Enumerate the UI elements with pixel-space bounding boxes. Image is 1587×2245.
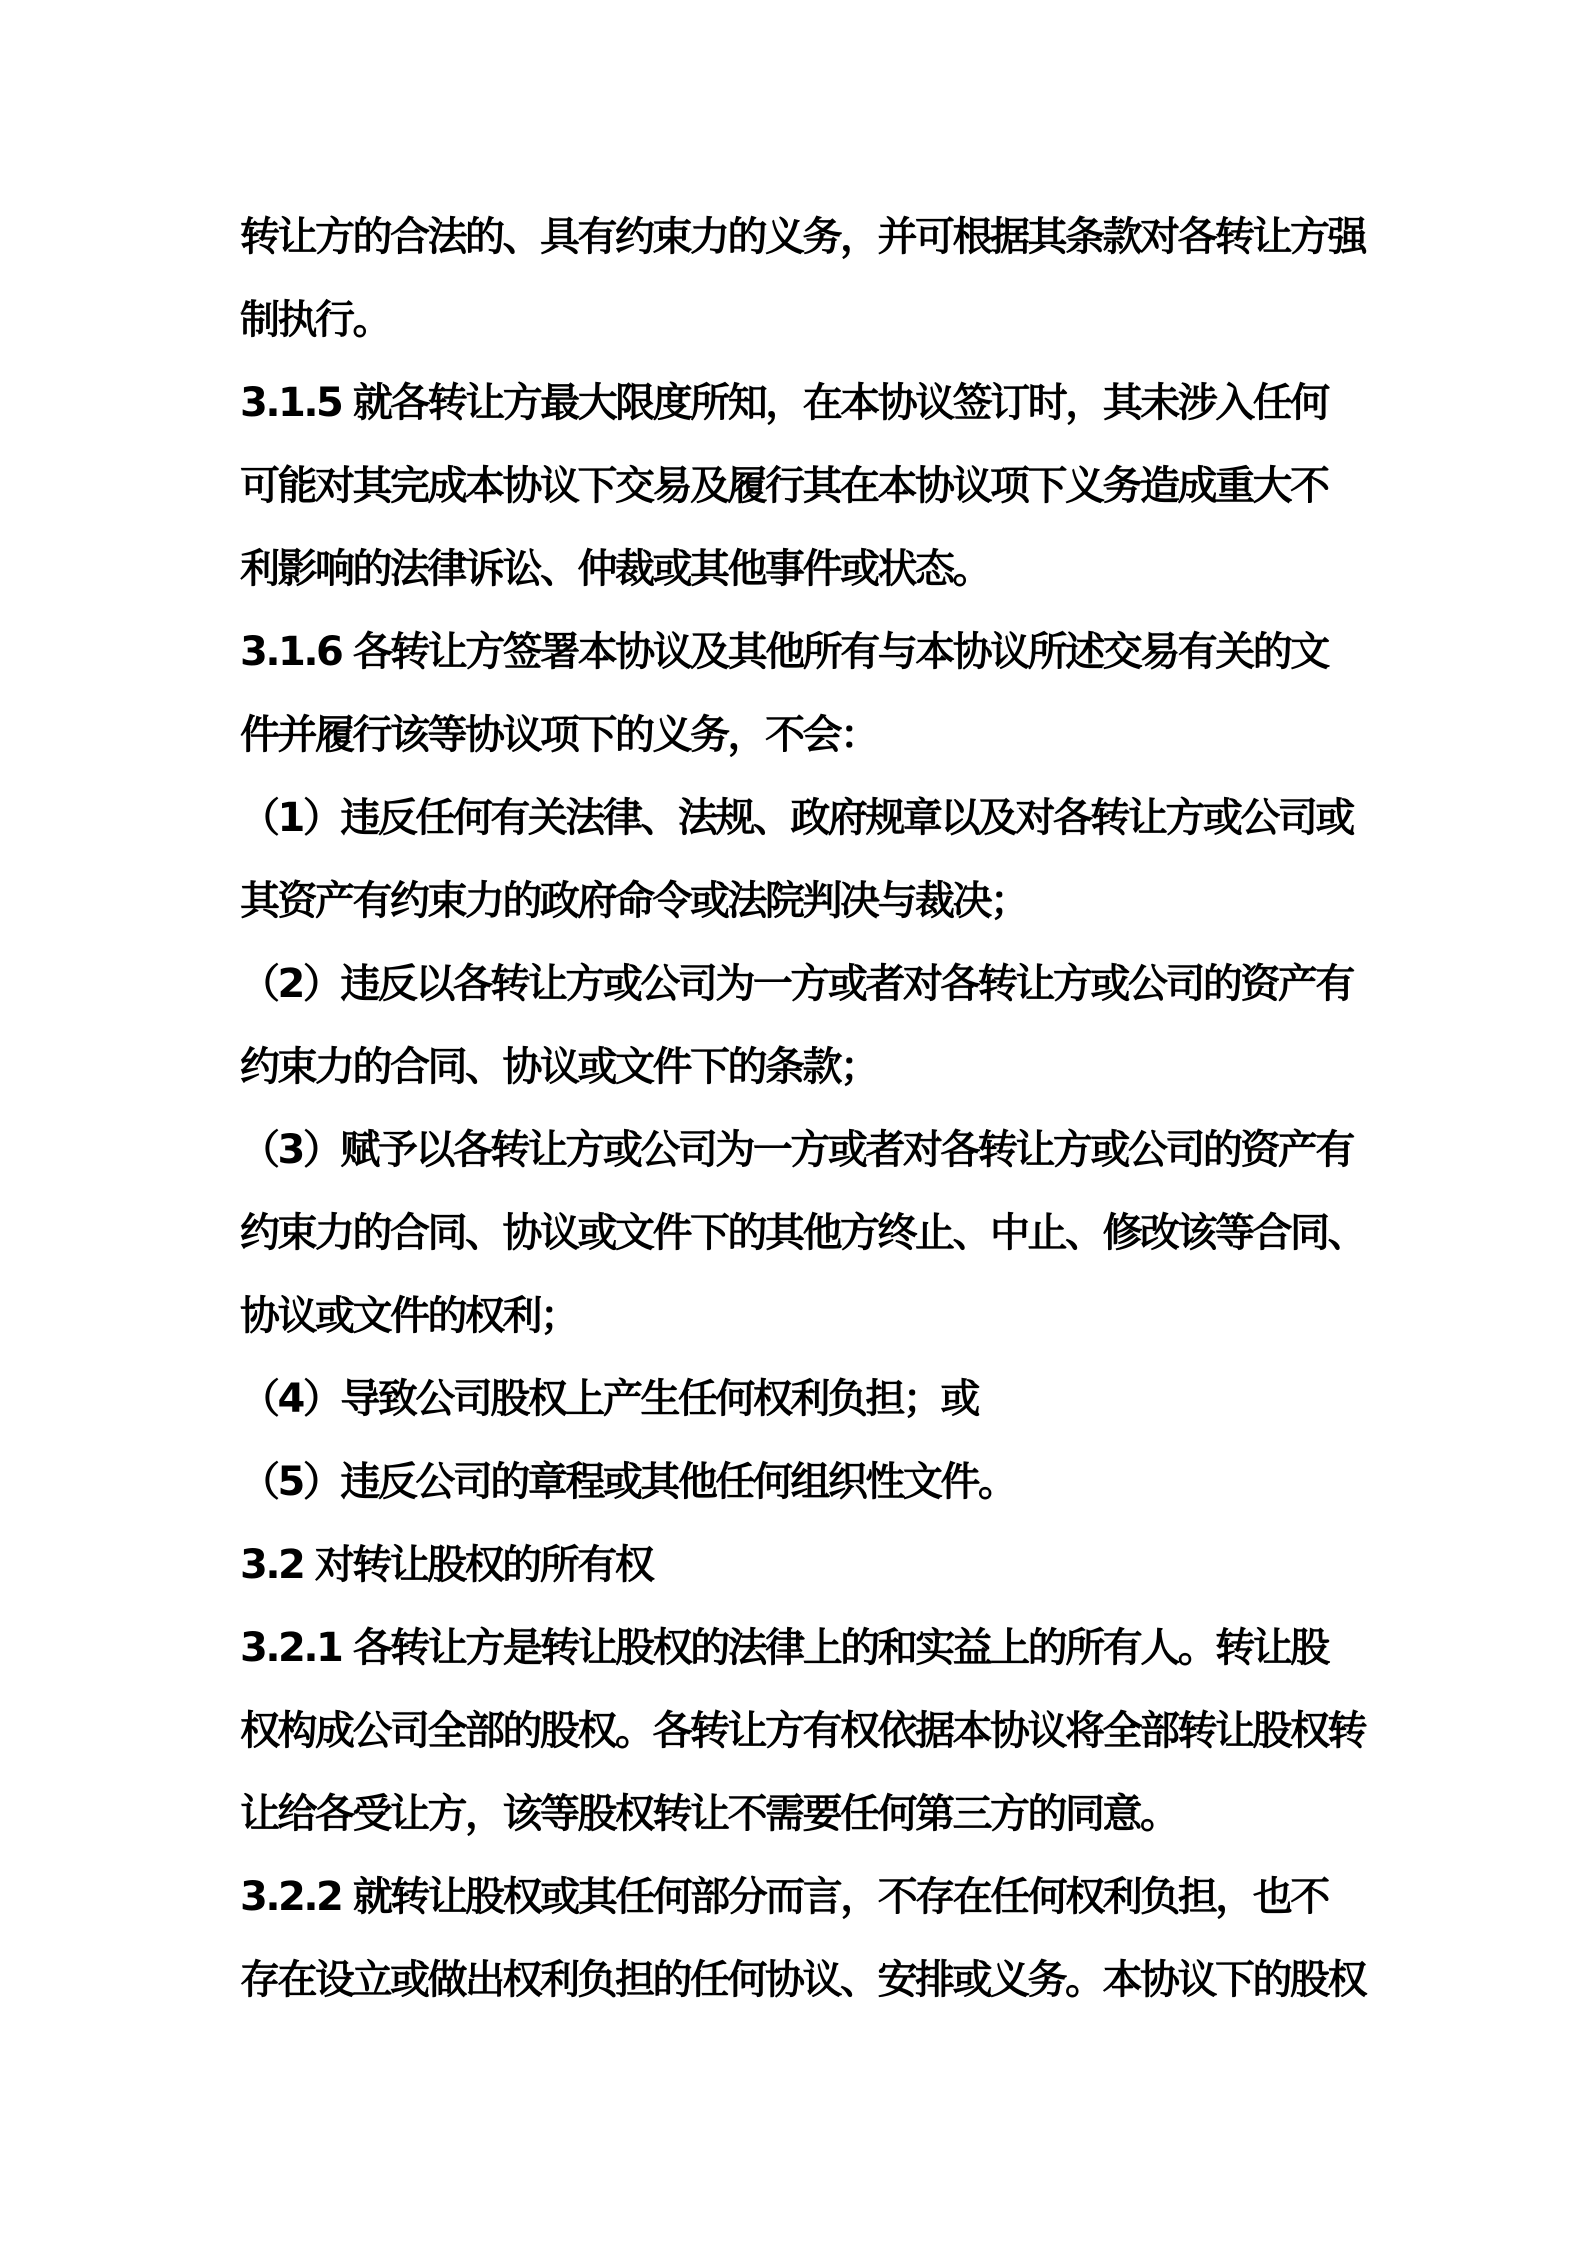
text-line: 件并履行该等协议项下的义务，不会：	[240, 694, 1380, 777]
text-line: 让给各受让方，该等股权转让不需要任何第三方的同意。	[240, 1773, 1380, 1856]
text-line: （5）违反公司的章程或其他任何组织性文件。	[240, 1441, 1380, 1524]
text-line: 3.2.2 就转让股权或其任何部分而言，不存在任何权利负担，也不	[240, 1856, 1380, 1939]
text-line: 存在设立或做出权利负担的任何协议、安排或义务。本协议下的股权	[240, 1939, 1380, 2022]
text-line: 可能对其完成本协议下交易及履行其在本协议项下义务造成重大不	[240, 445, 1380, 528]
text-line: 3.1.5 就各转让方最大限度所知，在本协议签订时，其未涉入任何	[240, 362, 1380, 445]
text-line: （4）导致公司股权上产生任何权利负担；或	[240, 1358, 1380, 1441]
document-text-block: 转让方的合法的、具有约束力的义务，并可根据其条款对各转让方强制执行。3.1.5 …	[240, 196, 1380, 2022]
document-page: 转让方的合法的、具有约束力的义务，并可根据其条款对各转让方强制执行。3.1.5 …	[0, 0, 1587, 2245]
text-line: 协议或文件的权利；	[240, 1275, 1380, 1358]
text-line: （2）违反以各转让方或公司为一方或者对各转让方或公司的资产有	[240, 943, 1380, 1026]
text-line: 3.2.1 各转让方是转让股权的法律上的和实益上的所有人。转让股	[240, 1607, 1380, 1690]
text-line: 其资产有约束力的政府命令或法院判决与裁决；	[240, 860, 1380, 943]
text-line: 3.1.6 各转让方签署本协议及其他所有与本协议所述交易有关的文	[240, 611, 1380, 694]
text-line: 转让方的合法的、具有约束力的义务，并可根据其条款对各转让方强	[240, 196, 1380, 279]
text-line: （1）违反任何有关法律、法规、政府规章以及对各转让方或公司或	[240, 777, 1380, 860]
text-line: 制执行。	[240, 279, 1380, 362]
text-line: 3.2 对转让股权的所有权	[240, 1524, 1380, 1607]
text-line: 约束力的合同、协议或文件下的条款；	[240, 1026, 1380, 1109]
text-line: 约束力的合同、协议或文件下的其他方终止、中止、修改该等合同、	[240, 1192, 1380, 1275]
text-line: 利影响的法律诉讼、仲裁或其他事件或状态。	[240, 528, 1380, 611]
text-line: （3）赋予以各转让方或公司为一方或者对各转让方或公司的资产有	[240, 1109, 1380, 1192]
text-line: 权构成公司全部的股权。各转让方有权依据本协议将全部转让股权转	[240, 1690, 1380, 1773]
